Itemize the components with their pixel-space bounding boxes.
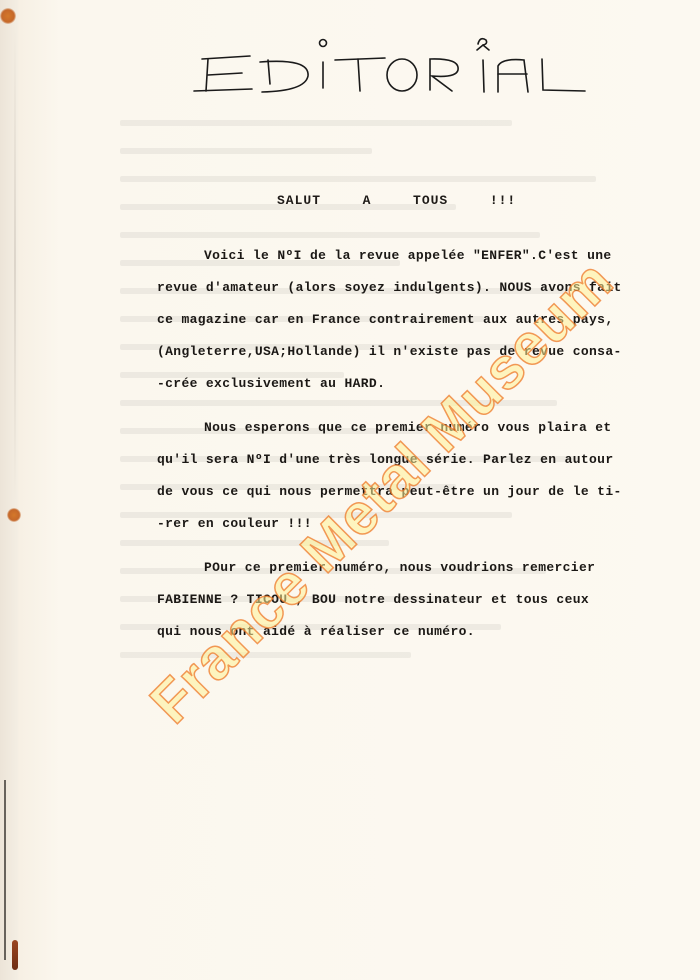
text-line: Voici le NºI de la revue appelée "ENFER"… [157,246,677,278]
text-line: FABIENNE ? TICOU , BOU notre dessinateur… [157,590,677,622]
rust-stain-middle [7,508,21,522]
text-line: -rer en couleur !!! [157,514,677,546]
text-line: qui nous ont aidé à réaliser ce numéro. [157,622,677,654]
greeting-heading: SALUT A TOUS !!! [277,193,516,208]
text-line: -crée exclusivement au HARD. [157,374,677,406]
handwritten-title-graphic [190,28,590,98]
text-line: (Angleterre,USA;Hollande) il n'existe pa… [157,342,677,374]
paragraph-hopes: Nous esperons que ce premier numéro vous… [157,418,677,546]
text-line: qu'il sera NºI d'une très longue série. … [157,450,677,482]
editorial-title: EDITORIAL [190,28,590,98]
text-line: revue d'amateur (alors soyez indulgents)… [157,278,677,310]
text-line: de vous ce qui nous permettra peut-être … [157,482,677,514]
paragraph-thanks: POur ce premier numéro, nous voudrions r… [157,558,677,654]
text-line: POur ce premier numéro, nous voudrions r… [157,558,677,590]
text-line: Nous esperons que ce premier numéro vous… [157,418,677,450]
editorial-body: Voici le NºI de la revue appelée "ENFER"… [157,246,677,666]
rust-stain-bottom [12,940,18,970]
fold-crease [14,30,16,500]
text-line: ce magazine car en France contrairement … [157,310,677,342]
paper-page: EDITORIAL [0,0,700,980]
paragraph-intro: Voici le NºI de la revue appelée "ENFER"… [157,246,677,406]
binding-edge-line [4,780,6,960]
rust-stain-top [0,8,16,24]
